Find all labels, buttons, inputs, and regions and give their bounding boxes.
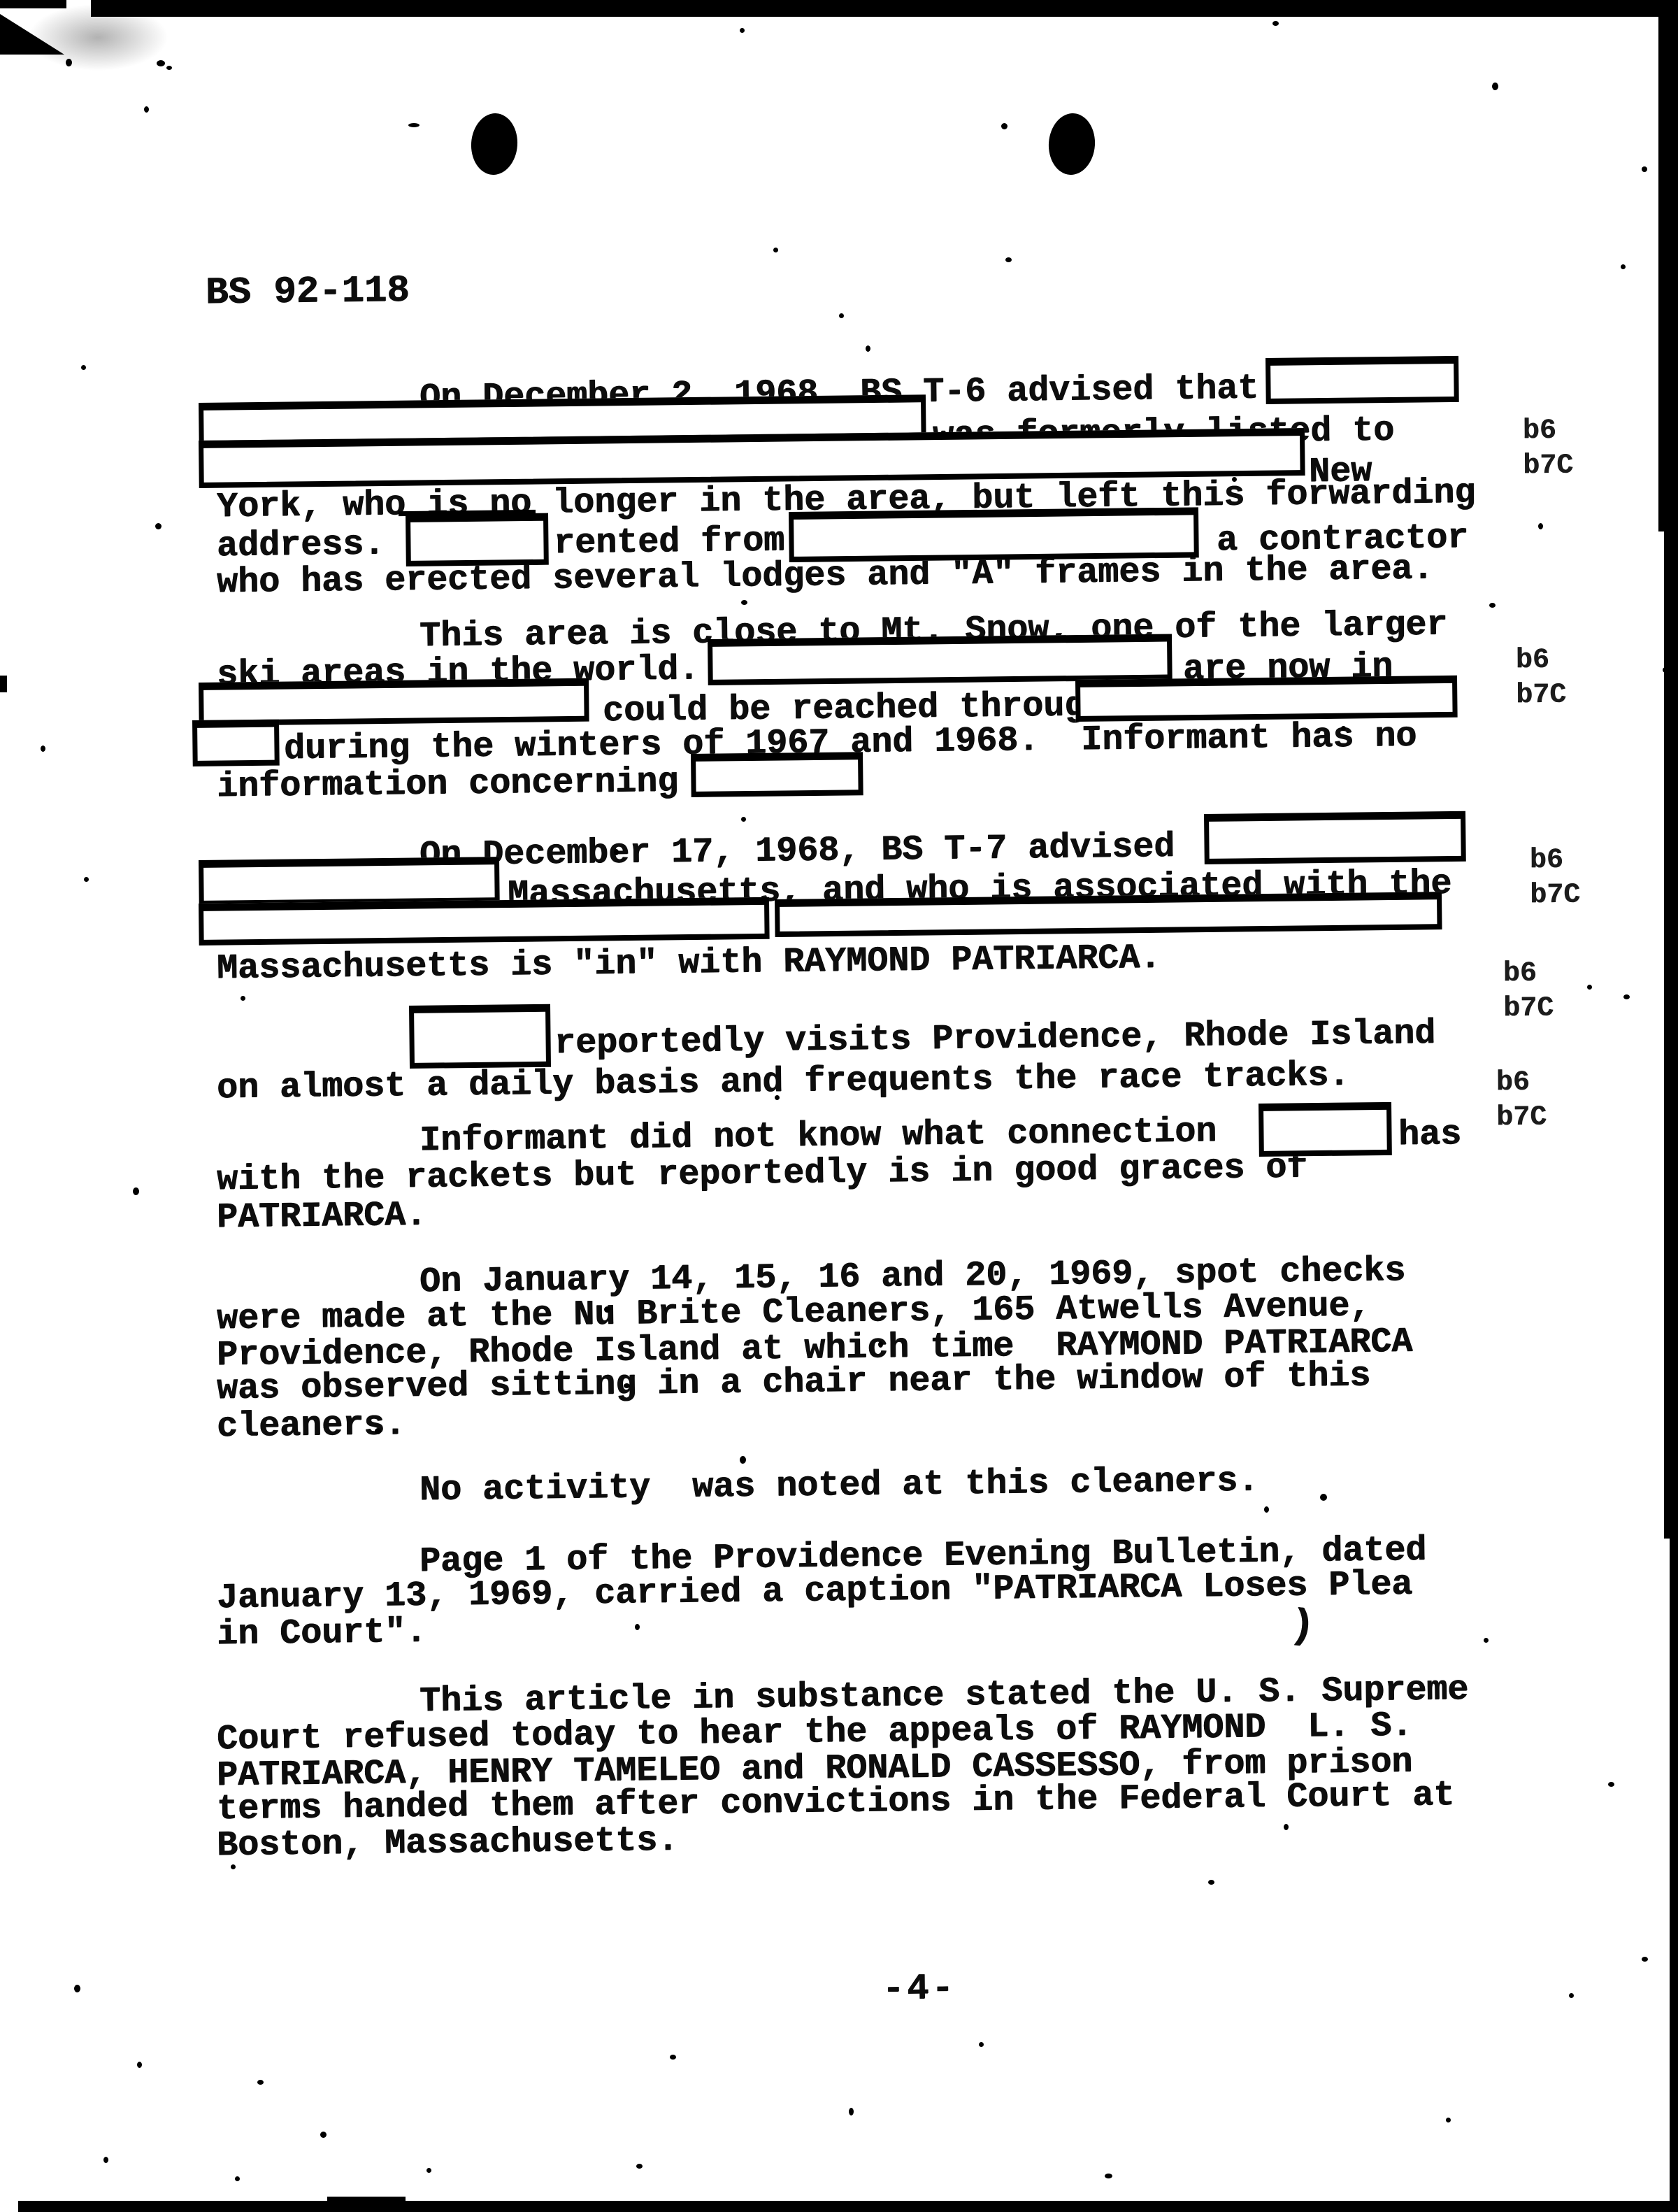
scan-speck bbox=[1105, 2174, 1112, 2178]
scan-speck bbox=[241, 996, 245, 1001]
scan-speck bbox=[1623, 994, 1630, 999]
redaction-box bbox=[708, 634, 1173, 685]
typewritten-line: has bbox=[1398, 1117, 1462, 1154]
redaction-box bbox=[1258, 1102, 1392, 1157]
typewritten-line: with the rackets but reportedly is in go… bbox=[217, 1150, 1308, 1199]
scan-speck bbox=[635, 1624, 640, 1630]
typewritten-line: information concerning bbox=[217, 764, 679, 806]
scan-speck bbox=[1492, 83, 1498, 90]
scan-speck bbox=[231, 1864, 236, 1869]
scan-edge-artifact bbox=[0, 676, 7, 692]
scan-speck bbox=[1272, 21, 1279, 26]
scan-speck bbox=[1569, 1993, 1574, 1998]
scan-speck bbox=[636, 2164, 643, 2169]
scan-edge-artifact bbox=[327, 2197, 406, 2212]
hole-punch-mark bbox=[1047, 112, 1097, 176]
stray-paren-mark: ) bbox=[1288, 1605, 1317, 1650]
scan-edge-artifact bbox=[1658, 0, 1678, 531]
margin-exemption-note: b6 b7C bbox=[1516, 643, 1567, 714]
scan-speck bbox=[157, 60, 165, 66]
scan-speck bbox=[1642, 166, 1647, 172]
scan-speck bbox=[257, 2080, 264, 2085]
scan-speck bbox=[878, 1341, 883, 1348]
scan-speck bbox=[624, 1383, 630, 1388]
scan-speck bbox=[1446, 2118, 1451, 2122]
scan-speck bbox=[1538, 523, 1543, 529]
redaction-box bbox=[1204, 811, 1466, 864]
scan-speck bbox=[1341, 726, 1346, 731]
scan-edge-artifact bbox=[0, 0, 66, 8]
typewritten-line: January 13, 1969, carried a caption "PAT… bbox=[217, 1567, 1413, 1617]
redaction-box bbox=[409, 1004, 551, 1069]
scan-speck bbox=[166, 66, 172, 70]
scan-speck bbox=[1663, 667, 1668, 673]
scan-speck bbox=[1232, 477, 1237, 482]
scan-speck bbox=[235, 2176, 240, 2181]
scan-speck bbox=[740, 1456, 746, 1464]
typewritten-line: No activity was noted at this cleaners. bbox=[419, 1463, 1259, 1509]
scan-speck bbox=[426, 2168, 431, 2173]
scan-edge-artifact bbox=[18, 2201, 1678, 2212]
case-number: BS 92-118 bbox=[206, 272, 410, 313]
scan-speck bbox=[1621, 264, 1626, 269]
margin-exemption-note: b6 b7C bbox=[1530, 843, 1581, 914]
scan-speck bbox=[1001, 123, 1007, 129]
scan-speck bbox=[103, 2157, 108, 2163]
scan-speck bbox=[1320, 1494, 1327, 1501]
scan-speck bbox=[1208, 1880, 1214, 1885]
scan-speck bbox=[670, 2055, 676, 2060]
scan-speck bbox=[775, 1095, 780, 1100]
scan-speck bbox=[155, 523, 162, 529]
scan-speck bbox=[66, 59, 72, 66]
scanned-document-page: BS 92-118 -4- ) On December 2, 1968, BS … bbox=[0, 0, 1678, 2212]
redaction-box bbox=[1075, 676, 1458, 722]
scan-speck bbox=[741, 817, 746, 822]
scan-speck bbox=[84, 877, 89, 882]
scan-speck bbox=[41, 745, 45, 752]
margin-exemption-note: b6 b7C bbox=[1496, 1066, 1547, 1136]
redaction-box bbox=[199, 857, 500, 906]
redaction-box bbox=[199, 678, 589, 726]
scan-speck bbox=[320, 2132, 327, 2138]
scan-speck bbox=[979, 2042, 984, 2047]
scan-speck bbox=[1005, 257, 1012, 262]
typewritten-line: Boston, Massachusetts. bbox=[217, 1823, 679, 1864]
scan-speck bbox=[1642, 1957, 1648, 1962]
scan-speck bbox=[1484, 1638, 1489, 1643]
margin-exemption-note: b6 b7C bbox=[1503, 957, 1554, 1027]
typewritten-line: PATRIARCA. bbox=[217, 1198, 427, 1236]
scan-edge-artifact bbox=[1664, 531, 1678, 1539]
typewritten-line: cleaners. bbox=[217, 1407, 406, 1446]
scan-speck bbox=[1284, 1824, 1289, 1830]
scan-speck bbox=[133, 1187, 139, 1195]
redaction-box bbox=[192, 720, 280, 766]
scan-speck bbox=[614, 849, 619, 855]
scan-speck bbox=[1264, 1506, 1269, 1513]
scan-speck bbox=[74, 1985, 80, 1992]
typewritten-line: On December 17, 1968, BS T-7 advised bbox=[419, 829, 1175, 874]
scan-speck bbox=[137, 2062, 142, 2068]
page-number: -4- bbox=[882, 1970, 956, 2008]
redaction-box bbox=[1265, 356, 1459, 404]
scan-speck bbox=[604, 1306, 610, 1313]
scan-speck bbox=[408, 123, 419, 127]
scan-speck bbox=[1489, 603, 1496, 608]
margin-exemption-note: b6 b7C bbox=[1523, 414, 1574, 485]
redaction-box bbox=[406, 513, 549, 566]
typewritten-line: Massachusetts is "in" with RAYMOND PATRI… bbox=[217, 941, 1161, 987]
redaction-box bbox=[789, 507, 1199, 562]
scan-speck bbox=[773, 248, 778, 252]
scan-speck bbox=[81, 365, 86, 370]
typewritten-line: on almost a daily basis and frequents th… bbox=[217, 1058, 1350, 1107]
scan-speck bbox=[1587, 985, 1592, 990]
scan-speck bbox=[741, 600, 747, 605]
scan-edge-artifact bbox=[91, 0, 1678, 17]
redaction-box bbox=[691, 752, 863, 797]
hole-punch-mark bbox=[469, 112, 519, 176]
scan-speck bbox=[144, 106, 149, 113]
typewritten-line: reportedly visits Providence, Rhode Isla… bbox=[554, 1016, 1436, 1062]
redaction-box bbox=[199, 897, 770, 946]
scan-speck bbox=[866, 345, 870, 352]
redaction-box bbox=[775, 892, 1442, 937]
scan-speck bbox=[849, 2108, 854, 2115]
scan-speck bbox=[375, 1428, 381, 1434]
typewritten-line: in Court". bbox=[217, 1615, 427, 1653]
typewritten-line: address. bbox=[217, 527, 385, 565]
scan-edge-artifact bbox=[1670, 1539, 1678, 2212]
scan-speck bbox=[1608, 1782, 1614, 1787]
scan-speck bbox=[839, 313, 844, 318]
scan-speck bbox=[740, 28, 745, 33]
